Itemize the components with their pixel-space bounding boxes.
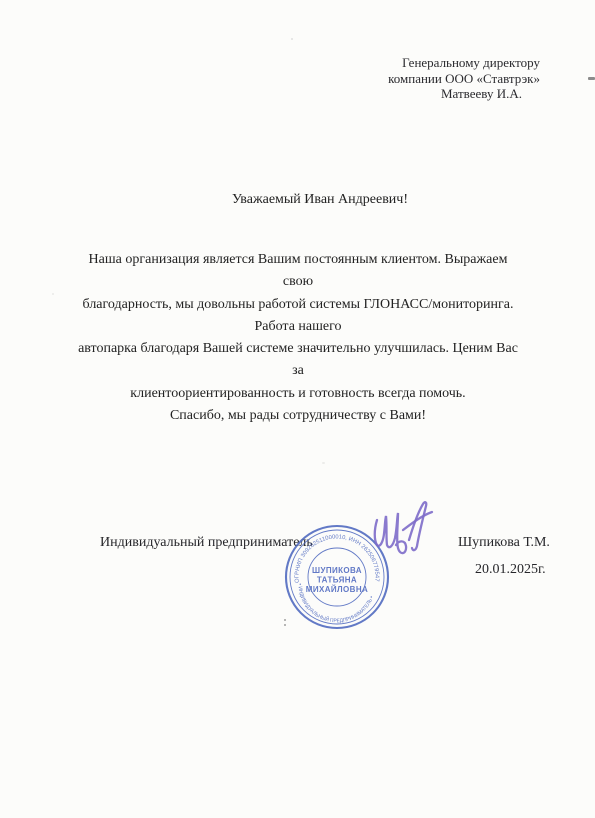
stamp-center-line: МИХАЙЛОВНА — [306, 585, 368, 594]
body-line: благодарность, мы довольны работой систе… — [72, 294, 524, 339]
scanned-letter-page: Генеральному директору компании ООО «Ста… — [0, 0, 595, 818]
signature-svg — [365, 500, 443, 566]
scan-edge-mark — [588, 77, 595, 80]
signature-flourish — [409, 502, 426, 550]
handwritten-signature — [365, 500, 443, 566]
scan-speck — [291, 38, 293, 40]
letter-date: 20.01.2025г. — [475, 562, 546, 578]
stamp-center-line: ТАТЬЯНА — [317, 576, 357, 585]
body-line: Спасибо, мы рады сотрудничеству с Вами! — [72, 405, 524, 427]
signer-name: Шупикова Т.М. — [458, 535, 550, 551]
signature-scribble — [375, 513, 406, 553]
body-line: автопарка благодаря Вашей системе значит… — [72, 338, 524, 383]
body-line: Наша организация является Вашим постоянн… — [72, 249, 524, 294]
stamp-center-line: ШУПИКОВА — [312, 566, 362, 575]
salutation: Уважаемый Иван Андреевич! — [45, 192, 595, 208]
recipient-line: Генеральному директору — [388, 55, 540, 71]
recipient-block: Генеральному директору компании ООО «Ста… — [388, 55, 540, 102]
body-line: клиентоориентированность и готовность вс… — [72, 383, 524, 405]
recipient-line: Матвееву И.А. — [388, 86, 540, 102]
scan-speck — [322, 462, 325, 464]
scan-speck — [284, 619, 286, 621]
scan-speck — [284, 624, 286, 626]
recipient-line: компании ООО «Ставтрэк» — [388, 71, 540, 87]
scan-speck — [52, 293, 54, 295]
body-paragraph: Наша организация является Вашим постоянн… — [72, 249, 524, 427]
